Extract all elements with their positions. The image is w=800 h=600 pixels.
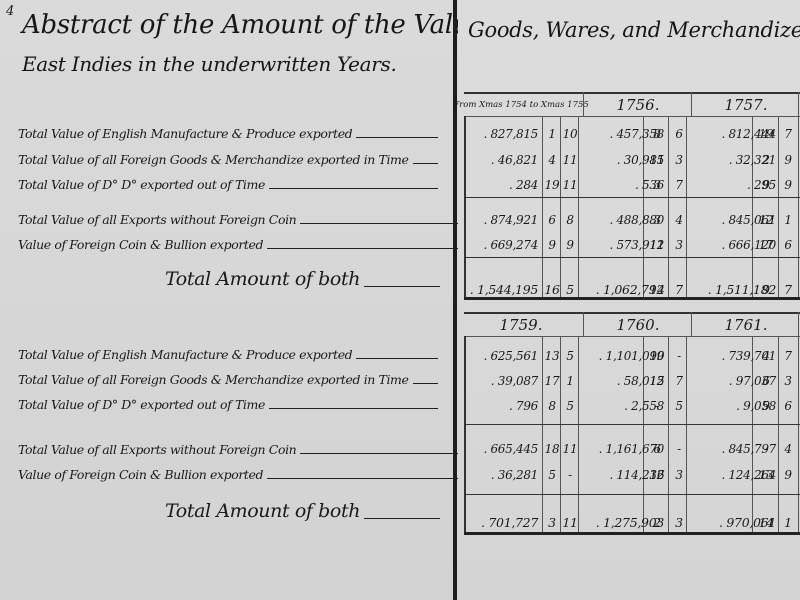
amount-pence: 3 <box>670 515 688 530</box>
year-header: 1759. <box>464 314 578 336</box>
column-divider <box>778 336 779 532</box>
amount-pounds: . 39,087 <box>466 374 538 388</box>
label-leader-rule <box>267 478 458 479</box>
amount-pence: 8 <box>562 213 578 227</box>
amount-shillings: 3 <box>544 515 560 530</box>
row-label: Value of Foreign Coin & Bullion exported <box>18 467 458 482</box>
amount-pence: 4 <box>780 442 796 456</box>
label-leader-rule <box>269 188 438 189</box>
amount-shillings: 9 <box>757 282 775 297</box>
amount-pence: 7 <box>780 349 796 363</box>
label-leader-rule <box>300 453 458 454</box>
amount-shillings: 2 <box>648 515 666 530</box>
amount-pence: 7 <box>670 282 688 297</box>
amount-shillings: 16 <box>544 282 560 297</box>
row-label-text: Total Value of English Manufacture & Pro… <box>18 126 352 141</box>
amount-pence: 4 <box>670 213 688 227</box>
amount-shillings: 19 <box>544 178 560 192</box>
column-divider <box>578 116 579 297</box>
amount-shillings: 13 <box>757 468 775 482</box>
column-divider <box>798 336 799 532</box>
column-divider <box>560 336 561 532</box>
amount-pence: 5 <box>562 349 578 363</box>
amount-pence: 1 <box>780 213 796 227</box>
row-label: Total Value of all Foreign Goods & Merch… <box>18 152 438 167</box>
row-label-text: Total Value of D° D° exported out of Tim… <box>18 397 265 412</box>
amount-pence: - <box>670 349 688 363</box>
amount-shillings: - <box>648 399 666 413</box>
amount-pence: 10 <box>562 127 578 141</box>
column-divider <box>798 312 799 336</box>
column-divider <box>578 336 579 532</box>
column-divider <box>464 336 466 532</box>
amount-shillings: 18 <box>544 442 560 456</box>
section-bottom-rule <box>464 297 800 300</box>
amount-pence: 5 <box>562 282 578 297</box>
amount-pence: 5 <box>670 399 688 413</box>
amount-shillings: 1 <box>544 127 560 141</box>
amount-shillings: 10 <box>648 349 666 363</box>
amount-pence: 7 <box>670 178 688 192</box>
label-leader-rule <box>269 408 438 409</box>
column-divider <box>686 336 687 532</box>
column-divider <box>691 92 692 116</box>
year-header-row: From Xmas 1754 to Xmas 17551756.1757. <box>464 92 800 117</box>
amount-pence: 6 <box>780 238 796 252</box>
year-header: From Xmas 1754 to Xmas 1755 <box>464 94 578 116</box>
title-continuation: Goods, Wares, and Merchandize, expor <box>468 18 800 42</box>
amount-pence: 1 <box>780 515 796 530</box>
row-label: Total Value of English Manufacture & Pro… <box>18 126 438 141</box>
amount-pence: 5 <box>562 399 578 413</box>
amount-pence: 11 <box>562 178 578 192</box>
column-divider <box>583 312 584 336</box>
amount-shillings: 5 <box>544 468 560 482</box>
row-label: Value of Foreign Coin & Bullion exported <box>18 237 458 252</box>
right-page: Goods, Wares, and Merchandize, expor <box>458 0 800 600</box>
amount-pounds: . 827,815 <box>466 127 538 141</box>
book-gutter <box>453 0 457 600</box>
row-label: Total Value of all Exports without Forei… <box>18 212 458 227</box>
amount-shillings: 12 <box>757 213 775 227</box>
column-divider <box>752 336 753 532</box>
amount-shillings: 8 <box>648 127 666 141</box>
amount-pence: 9 <box>562 238 578 252</box>
amount-shillings: 6 <box>544 213 560 227</box>
column-divider <box>643 336 644 532</box>
amount-pence: 9 <box>780 468 796 482</box>
page-number: 4 <box>6 4 14 19</box>
amount-shillings: 4 <box>544 153 560 167</box>
amount-shillings: 3 <box>648 213 666 227</box>
title-line-2: East Indies in the underwritten Years. <box>22 52 397 76</box>
amount-pence: 11 <box>562 515 578 530</box>
amount-pounds: . 796 <box>466 399 538 413</box>
column-divider <box>778 116 779 297</box>
amount-shillings: 11 <box>648 153 666 167</box>
amount-shillings: 15 <box>648 374 666 388</box>
amount-pence: 6 <box>780 399 796 413</box>
column-divider <box>691 312 692 336</box>
amount-shillings: 9 <box>757 399 775 413</box>
amount-pence: 3 <box>670 468 688 482</box>
row-label-text: Total Amount of both <box>165 268 360 290</box>
column-divider <box>583 92 584 116</box>
row-label-text: Total Value of all Foreign Goods & Merch… <box>18 372 409 387</box>
amount-pence: 3 <box>670 238 688 252</box>
column-divider <box>643 116 644 297</box>
label-leader-rule <box>356 358 438 359</box>
amount-shillings: 17 <box>757 238 775 252</box>
row-separator <box>464 424 800 425</box>
amount-shillings: 4 <box>757 349 775 363</box>
amount-pence: 7 <box>670 374 688 388</box>
amount-shillings: 2 <box>757 153 775 167</box>
row-label-text: Total Value of all Exports without Forei… <box>18 442 296 457</box>
amount-shillings: 19 <box>757 127 775 141</box>
column-divider <box>542 116 543 297</box>
amount-pounds: . 46,821 <box>466 153 538 167</box>
amount-pence: - <box>562 468 578 482</box>
row-label-text: Total Value of D° D° exported out of Tim… <box>18 177 265 192</box>
amount-shillings: 9 <box>544 238 560 252</box>
row-label: Total Amount of both <box>165 500 440 522</box>
label-leader-rule <box>300 223 458 224</box>
row-label: Total Value of D° D° exported out of Tim… <box>18 177 438 192</box>
amount-pence: 9 <box>780 153 796 167</box>
row-label: Total Amount of both <box>165 268 440 290</box>
column-divider <box>798 92 799 116</box>
row-label-text: Value of Foreign Coin & Bullion exported <box>18 467 263 482</box>
amount-pounds: . 284 <box>466 178 538 192</box>
row-label-text: Total Value of all Exports without Forei… <box>18 212 296 227</box>
section-bottom-rule <box>464 532 800 535</box>
label-leader-rule <box>267 248 458 249</box>
row-label-text: Total Amount of both <box>165 500 360 522</box>
amount-pounds: . 874,921 <box>466 213 538 227</box>
column-divider <box>752 116 753 297</box>
row-label: Total Value of English Manufacture & Pro… <box>18 347 438 362</box>
amount-pence: 3 <box>780 374 796 388</box>
amount-shillings: 11 <box>648 238 666 252</box>
row-separator <box>464 494 800 495</box>
row-label-text: Total Value of all Foreign Goods & Merch… <box>18 152 409 167</box>
row-label-text: Total Value of English Manufacture & Pro… <box>18 347 352 362</box>
label-leader-rule <box>364 518 440 519</box>
amount-shillings: 14 <box>757 515 775 530</box>
amount-shillings: 13 <box>544 349 560 363</box>
amount-pence: - <box>670 442 688 456</box>
column-divider <box>668 336 669 532</box>
amount-shillings: 6 <box>757 374 775 388</box>
amount-pence: 11 <box>562 153 578 167</box>
year-header: 1761. <box>692 314 800 336</box>
amount-pence: 6 <box>670 127 688 141</box>
row-separator <box>464 257 800 258</box>
column-divider <box>542 336 543 532</box>
label-leader-rule <box>413 383 438 384</box>
amount-shillings: 17 <box>544 374 560 388</box>
column-divider <box>798 116 799 297</box>
label-leader-rule <box>413 163 438 164</box>
amount-pounds: . 701,727 <box>466 515 538 530</box>
amount-shillings: 9 <box>757 178 775 192</box>
column-divider <box>560 116 561 297</box>
amount-shillings: 16 <box>648 468 666 482</box>
amount-shillings: 6 <box>648 442 666 456</box>
amount-shillings: 14 <box>648 282 666 297</box>
amount-pounds: . 625,561 <box>466 349 538 363</box>
left-page: 4 Abstract of the Amount of the Value of… <box>0 0 455 600</box>
amount-pounds: . 665,445 <box>466 442 538 456</box>
year-header-row: 1759.1760.1761. <box>464 312 800 337</box>
column-divider <box>464 116 466 297</box>
amount-shillings: - <box>757 442 775 456</box>
year-header: 1757. <box>692 94 800 116</box>
amount-pence: 1 <box>562 374 578 388</box>
amount-pence: 11 <box>562 442 578 456</box>
row-label: Total Value of D° D° exported out of Tim… <box>18 397 438 412</box>
row-label: Total Value of all Foreign Goods & Merch… <box>18 372 438 387</box>
amount-shillings: 8 <box>544 399 560 413</box>
amount-pence: 7 <box>780 282 796 297</box>
label-leader-rule <box>356 137 438 138</box>
amount-pounds: . 36,281 <box>466 468 538 482</box>
row-label-text: Value of Foreign Coin & Bullion exported <box>18 237 263 252</box>
amount-pence: 3 <box>670 153 688 167</box>
column-divider <box>668 116 669 297</box>
year-header: 1756. <box>583 94 693 116</box>
label-leader-rule <box>364 286 440 287</box>
row-label: Total Value of all Exports without Forei… <box>18 442 458 457</box>
amount-shillings: 3 <box>648 178 666 192</box>
amount-pounds: . 669,274 <box>466 238 538 252</box>
amount-pounds: . 1,544,195 <box>466 282 538 297</box>
row-separator <box>464 197 800 198</box>
column-divider <box>686 116 687 297</box>
amount-pence: 9 <box>780 178 796 192</box>
year-header: 1760. <box>583 314 693 336</box>
amount-pence: 7 <box>780 127 796 141</box>
